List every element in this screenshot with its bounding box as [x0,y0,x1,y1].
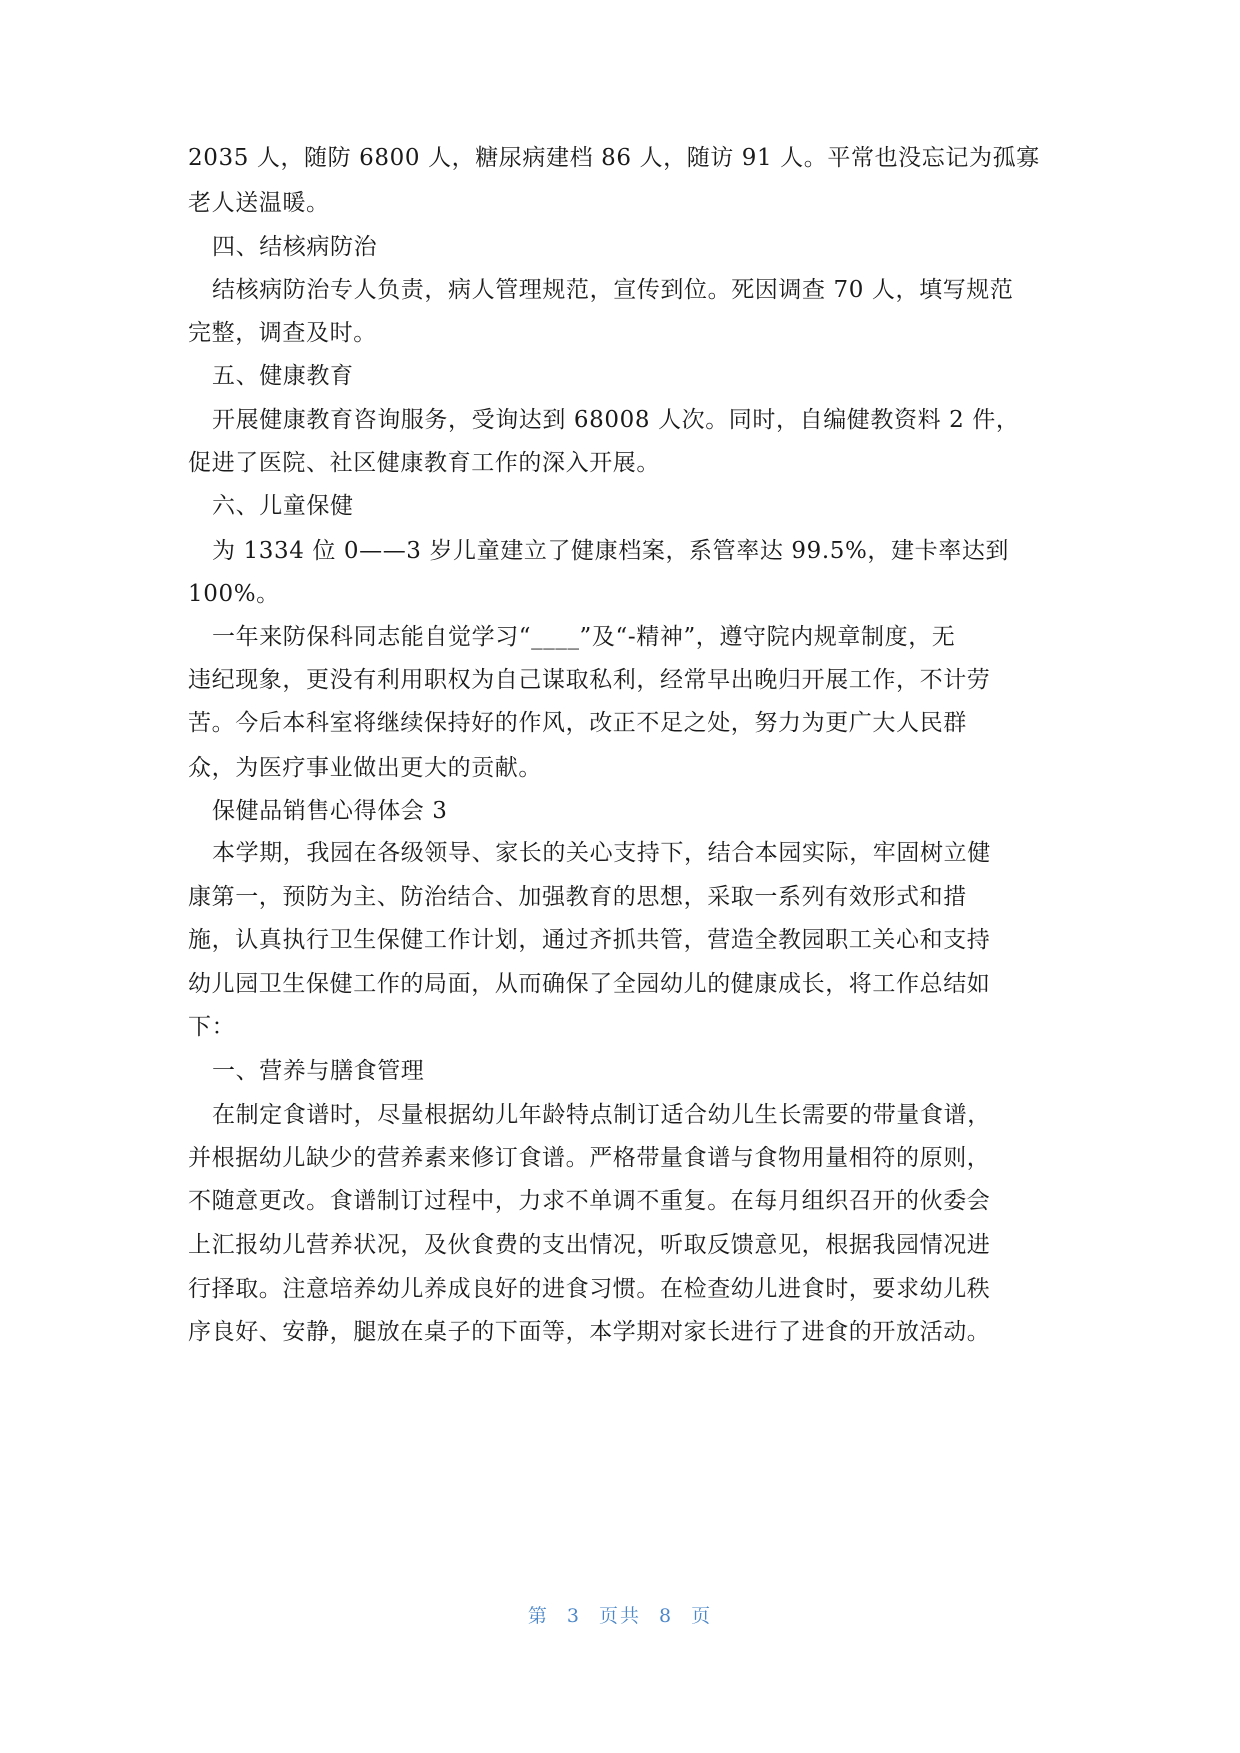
document-page: 2035 人，随防 6800 人，糖尿病建档 86 人，随访 91 人。平常也没… [0,0,1240,1753]
text-line: 五、健康教育 [212,361,354,391]
page-footer-prefix: 第 [528,1605,549,1627]
text-line: 为 1334 位 0——3 岁儿童建立了健康档案，系管率达 99.5%，建卡率达… [212,536,1009,566]
text-line: 违纪现象，更没有利用职权为自己谋取私利，经常早出晚归开展工作，不计劳 [188,665,990,695]
text-line: 一、营养与膳食管理 [212,1056,424,1086]
text-line: 促进了医院、社区健康教育工作的深入开展。 [188,448,660,478]
text-line: 序良好、安静，腿放在桌子的下面等，本学期对家长进行了进食的开放活动。 [188,1317,990,1347]
text-line: 苦。今后本科室将继续保持好的作风，改正不足之处，努力为更广大人民群 [188,708,967,738]
page-number-current: 3 [567,1605,581,1627]
page-footer: 第3页共8页 [0,1601,1240,1628]
text-line: 开展健康教育咨询服务，受询达到 68008 人次。同时，自编健教资料 2 件， [212,405,1019,435]
text-line: 四、结核病防治 [212,232,377,262]
text-line: 2035 人，随防 6800 人，糖尿病建档 86 人，随访 91 人。平常也没… [188,143,1040,173]
text-line: 老人送温暖。 [188,188,330,218]
text-line: 保健品销售心得体会 3 [212,796,448,826]
text-line: 不随意更改。食谱制订过程中，力求不单调不重复。在每月组织召开的伙委会 [188,1186,990,1216]
text-line: 结核病防治专人负责，病人管理规范，宣传到位。死因调查 70 人，填写规范 [212,275,1014,305]
text-line: 幼儿园卫生保健工作的局面，从而确保了全园幼儿的健康成长，将工作总结如 [188,969,990,999]
text-line: 行择取。注意培养幼儿养成良好的进食习惯。在检查幼儿进食时，要求幼儿秩 [188,1274,990,1304]
text-line: 康第一，预防为主、防治结合、加强教育的思想，采取一系列有效形式和措 [188,882,967,912]
text-line: 一年来防保科同志能自觉学习“____”及“-精神”，遵守院内规章制度，无 [212,622,955,652]
text-line: 并根据幼儿缺少的营养素来修订食谱。严格带量食谱与食物用量相符的原则， [188,1143,990,1173]
text-line: 下： [188,1012,235,1042]
text-line: 完整，调查及时。 [188,318,377,348]
text-line: 本学期，我园在各级领导、家长的关心支持下，结合本园实际，牢固树立健 [212,838,991,868]
text-line: 施，认真执行卫生保健工作计划，通过齐抓共管，营造全教园职工关心和支持 [188,925,990,955]
page-number-total: 8 [659,1605,673,1627]
text-line: 100%。 [188,579,280,609]
text-line: 众，为医疗事业做出更大的贡献。 [188,753,542,783]
text-line: 上汇报幼儿营养状况，及伙食费的支出情况，听取反馈意见，根据我园情况进 [188,1230,990,1260]
page-footer-suffix: 页 [691,1605,712,1627]
page-footer-middle: 页共 [599,1605,641,1627]
text-line: 在制定食谱时，尽量根据幼儿年龄特点制订适合幼儿生长需要的带量食谱， [212,1100,991,1130]
text-line: 六、儿童保健 [212,491,354,521]
